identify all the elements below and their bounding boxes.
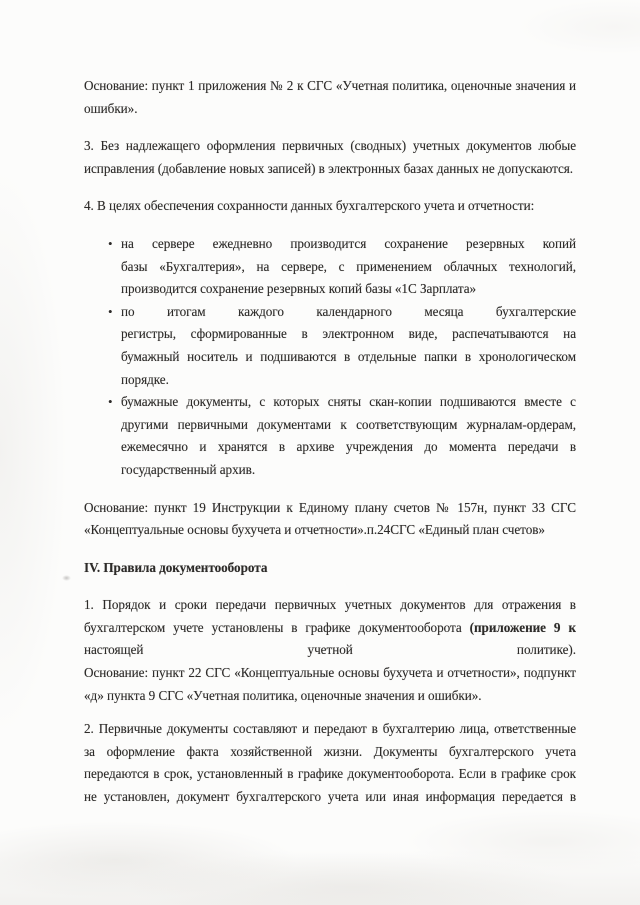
text-line: 3. Без надлежащего оформления первичных … xyxy=(84,135,576,158)
paragraph-item-4: 4. В целях обеспечения сохранности данны… xyxy=(84,195,576,218)
paragraph-item-2-section-4: 2. Первичные документы составляют и пере… xyxy=(84,718,576,808)
text-line: настоящей учетной политике). xyxy=(84,639,576,662)
text-line: порядке. xyxy=(121,369,576,392)
text-line: за оформление факта хозяйственной жизни.… xyxy=(84,741,576,764)
paragraph-item-3: 3. Без надлежащего оформления первичных … xyxy=(84,135,576,180)
text-line: по итогам каждого календарного месяца бу… xyxy=(121,301,576,324)
text-line: ошибки». xyxy=(84,98,576,121)
section-heading: IV. Правила документооборота xyxy=(84,557,576,580)
bullet-icon: • xyxy=(108,301,113,324)
text-line: Основание: пункт 19 Инструкции к Единому… xyxy=(84,497,576,520)
bullet-item-registers-print: • по итогам каждого календарного месяца … xyxy=(84,301,576,391)
text-line: государственный архив. xyxy=(121,459,576,482)
scan-artifact-speck xyxy=(62,575,71,581)
document-content: Основание: пункт 1 приложения № 2 к СГС … xyxy=(84,75,576,824)
text-line: на сервере ежедневно производится сохран… xyxy=(121,233,576,256)
text-line: базы «Бухгалтерия», на сервере, с примен… xyxy=(121,256,576,279)
text-segment: бухгалтерском учете установлены в график… xyxy=(84,620,470,635)
text-line: регистры, сформированные в электронном в… xyxy=(121,323,576,346)
text-line: не установлен, документ бухгалтерского у… xyxy=(84,786,576,809)
text-line: передаются в срок, установленный в графи… xyxy=(84,763,576,786)
text-line: другими первичными документами к соответ… xyxy=(121,414,576,437)
text-line: «д» пункта 9 СГС «Учетная политика, оцен… xyxy=(84,685,576,708)
bullet-icon: • xyxy=(108,391,113,414)
text-line: 2. Первичные документы составляют и пере… xyxy=(84,718,576,741)
text-line: 1. Порядок и сроки передачи первичных уч… xyxy=(84,594,576,617)
text-line: бумажные документы, с которых сняты скан… xyxy=(121,391,576,414)
text-line: Основание: пункт 22 СГС «Концептуальные … xyxy=(84,662,576,685)
text-line: 4. В целях обеспечения сохранности данны… xyxy=(84,195,576,218)
paragraph-basis-accounting-policy: Основание: пункт 1 приложения № 2 к СГС … xyxy=(84,75,576,120)
section-heading-text: IV. Правила документооборота xyxy=(84,557,576,580)
text-line: Основание: пункт 1 приложения № 2 к СГС … xyxy=(84,75,576,98)
paragraph-basis-instruction-157n: Основание: пункт 19 Инструкции к Единому… xyxy=(84,497,576,542)
text-line: бухгалтерском учете установлены в график… xyxy=(84,617,576,640)
text-line: бумажный носитель и подшиваются в отдель… xyxy=(121,346,576,369)
bullet-item-paper-documents: • бумажные документы, с которых сняты ск… xyxy=(84,391,576,481)
text-segment-bold: (приложение 9 к xyxy=(470,620,576,635)
bullet-icon: • xyxy=(108,233,113,256)
text-line: «Концептуальные основы бухучета и отчетн… xyxy=(84,519,576,542)
scanned-document-page: Основание: пункт 1 приложения № 2 к СГС … xyxy=(0,0,640,905)
text-line: исправления (добавление новых записей) в… xyxy=(84,158,576,181)
bullet-item-server-backup: • на сервере ежедневно производится сохр… xyxy=(84,233,576,301)
paragraph-item-1-section-4: 1. Порядок и сроки передачи первичных уч… xyxy=(84,594,576,707)
text-line: ежемесячно и хранятся в архиве учреждени… xyxy=(121,436,576,459)
text-line: производится сохранение резервных копий … xyxy=(121,278,576,301)
